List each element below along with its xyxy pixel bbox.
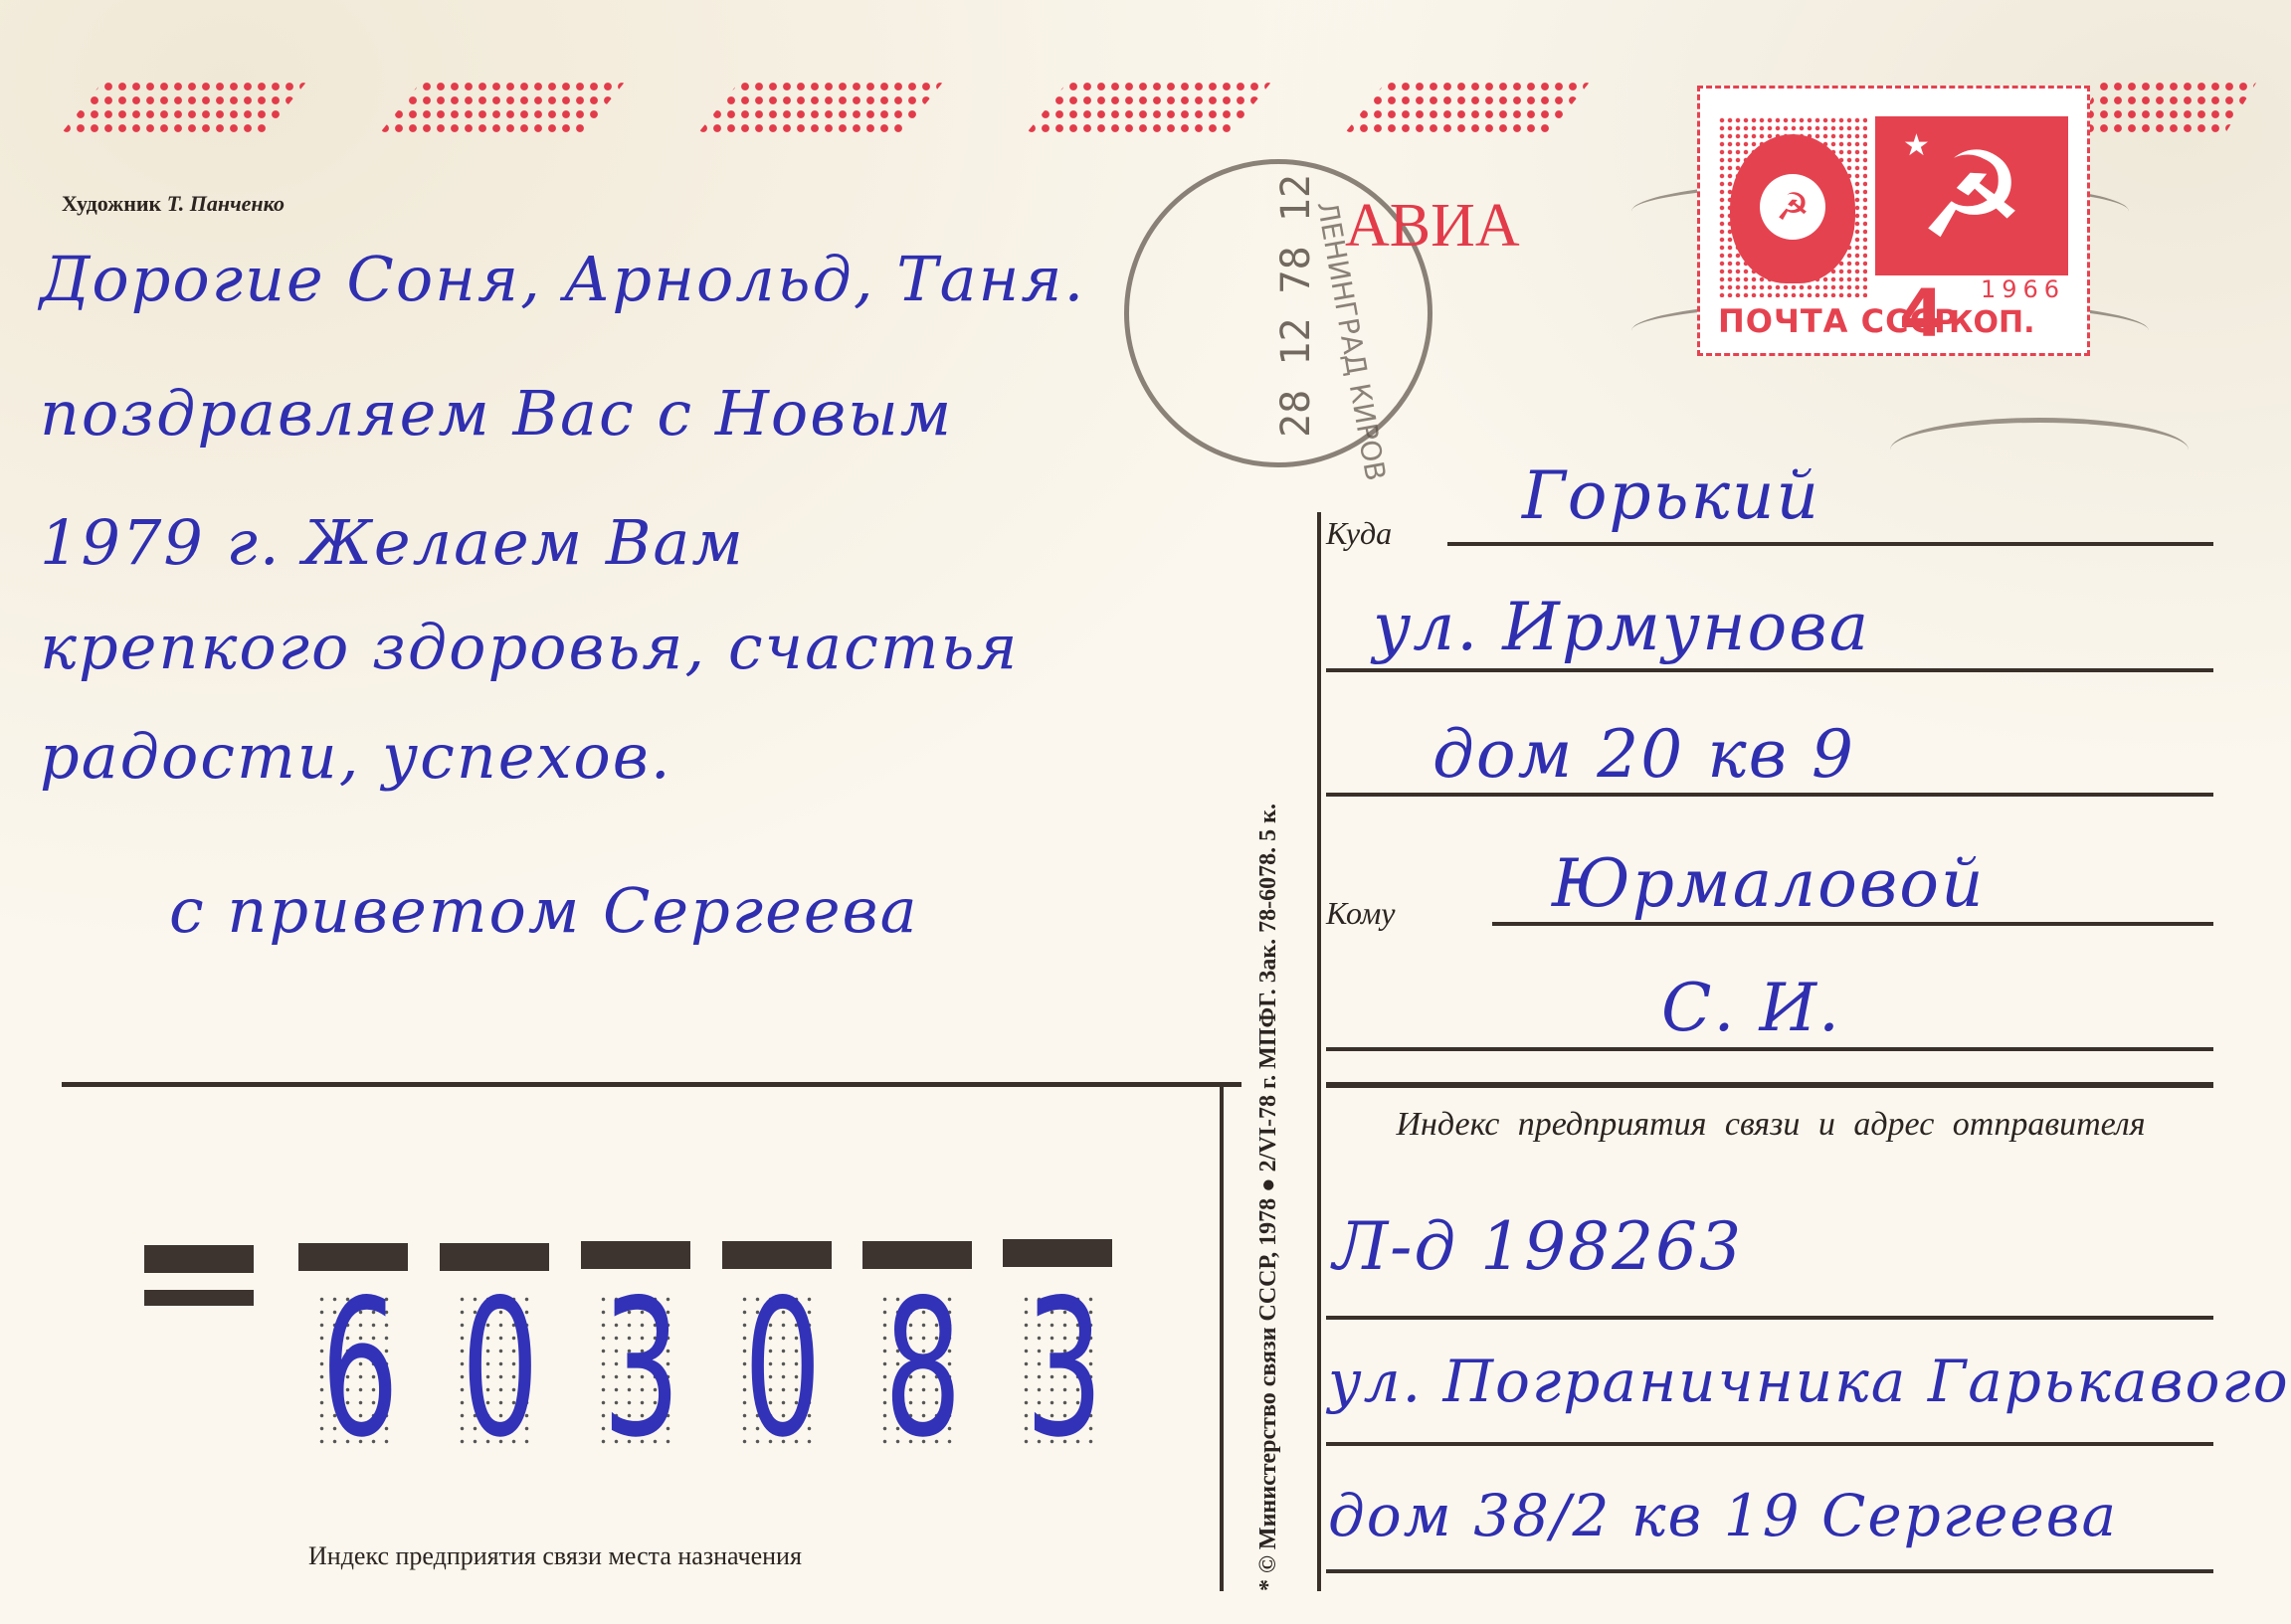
cancellation-wave bbox=[1890, 418, 2189, 482]
message-line: Дорогие Соня, Арнольд, Таня. bbox=[40, 249, 1085, 310]
sender-street: ул. Пограничника Гарькавого bbox=[1328, 1348, 2290, 1415]
index-right-rule bbox=[1220, 1082, 1224, 1591]
recipient-street: ул. Ирмунова bbox=[1373, 589, 1870, 665]
stamp-currency: КОП. bbox=[1949, 305, 2035, 340]
sender-house: дом 38/2 кв 19 Сергеева bbox=[1328, 1482, 2118, 1549]
message-line: 1979 г. Желаем Вам bbox=[40, 512, 745, 574]
vertical-divider bbox=[1317, 512, 1321, 1591]
airmail-dash bbox=[1343, 80, 1592, 135]
message-line: крепкого здоровья, счастья bbox=[40, 617, 1019, 678]
index-digit: 6 bbox=[321, 1275, 386, 1464]
stamp-value: 4 bbox=[1899, 275, 1945, 352]
stamp-year: 1966 bbox=[1981, 275, 2065, 303]
address-line bbox=[1326, 1316, 2213, 1320]
airmail-dash bbox=[60, 80, 308, 135]
index-digit: 3 bbox=[1026, 1275, 1090, 1464]
address-line bbox=[1326, 1569, 2213, 1573]
recipient-name: Юрмаловой bbox=[1552, 845, 1986, 922]
address-line bbox=[1326, 668, 2213, 672]
airmail-dash bbox=[378, 80, 627, 135]
index-marker-bar bbox=[144, 1290, 254, 1306]
index-digit: 3 bbox=[603, 1275, 668, 1464]
message-signature: с приветом Сергеева bbox=[169, 880, 919, 942]
postcard-back: Художник Т. Панченко Дорогие Соня, Арнол… bbox=[0, 0, 2291, 1624]
address-line bbox=[1326, 793, 2213, 797]
index-marker-bar bbox=[144, 1245, 254, 1273]
address-line bbox=[1326, 1442, 2213, 1446]
address-line bbox=[1326, 1047, 2213, 1051]
index-caption: Индекс предприятия связи места назначени… bbox=[308, 1541, 802, 1571]
index-digit: 8 bbox=[884, 1275, 949, 1464]
artist-label: Художник bbox=[62, 191, 161, 216]
artist-credit: Художник Т. Панченко bbox=[62, 191, 285, 217]
recipient-house: дом 20 кв 9 bbox=[1432, 716, 1855, 793]
ussr-coat-of-arms-icon: ☭ bbox=[1718, 116, 1867, 297]
recipient-initials: С. И. bbox=[1661, 970, 1841, 1046]
airmail-dash bbox=[2069, 80, 2258, 135]
address-line bbox=[1492, 922, 2213, 926]
message-line: поздравляем Вас с Новым bbox=[40, 383, 953, 445]
postage-stamp: ☭ ★☭ ПОЧТА СССР 4 1966 КОП. bbox=[1697, 86, 2090, 356]
sender-index: Л-д 198263 bbox=[1333, 1208, 1743, 1285]
sender-header: Индекс предприятия связи и адрес отправи… bbox=[1323, 1102, 2218, 1148]
to-label: Куда bbox=[1326, 515, 1392, 552]
airmail-dash bbox=[696, 80, 945, 135]
address-line bbox=[1447, 542, 2213, 546]
whom-label: Кому bbox=[1326, 895, 1395, 932]
artist-name: Т. Панченко bbox=[167, 191, 285, 216]
hammer-sickle-icon: ★☭ bbox=[1875, 116, 2068, 275]
sender-divider bbox=[1326, 1082, 2213, 1088]
recipient-city: Горький bbox=[1522, 457, 1820, 534]
publisher-imprint: * © Министерство связи СССР, 1978 ● 2/VI… bbox=[1255, 804, 1282, 1591]
message-line: радости, успехов. bbox=[40, 726, 672, 788]
index-top-rule bbox=[62, 1082, 1241, 1087]
airmail-label: АВИА bbox=[1345, 191, 1520, 262]
index-digit: 0 bbox=[462, 1275, 526, 1464]
index-digit: 0 bbox=[744, 1275, 809, 1464]
airmail-dash bbox=[1025, 80, 1273, 135]
